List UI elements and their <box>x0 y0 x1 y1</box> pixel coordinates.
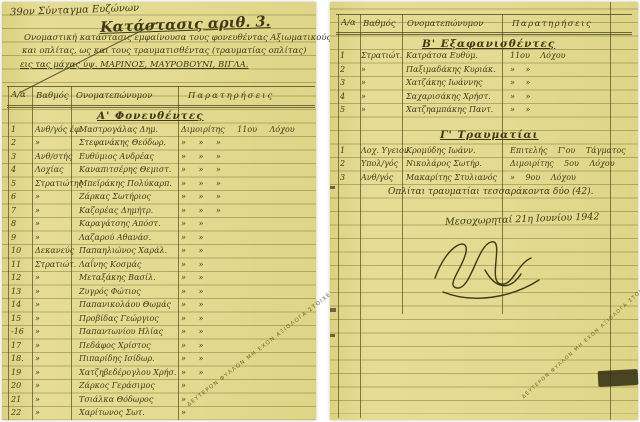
cell-rank: » <box>35 233 71 242</box>
table-row: 19»Χατζηβεδέρογλου Χρήσ.» » <box>2 367 316 381</box>
intro-line-1: Ονομαστική κατάστασις εμφαίνουσα τους φο… <box>24 33 331 43</box>
cell-name: Τσιάλκα Θόδωρος <box>79 395 177 404</box>
cell-note: » » <box>510 105 630 114</box>
cell-rank: » <box>35 273 71 282</box>
cell-name: Χατζάκης Ιωάννης <box>406 78 506 87</box>
scanned-document: 39ον Σύνταγμα Ευζώνων Κατάστασις αριθ. 3… <box>0 0 640 422</box>
table-row: 3Ανθ/γόςΜακαρίτης Στυλιανός» 9ου Λόχου <box>330 172 638 186</box>
table-row: 7»Καζορέας Δημήτρ.» » » <box>2 205 316 219</box>
cell-note: » » <box>181 273 313 282</box>
binding-mark-2 <box>330 308 336 312</box>
cell-note: 11ου Λόχου <box>510 51 630 60</box>
cell-no: 9 <box>11 233 31 242</box>
table-row: 1Ανθ/γός έφ.Μαστρογάλας Δημ.Διμοιρίτης 1… <box>2 124 316 138</box>
table-row: 2»Στεφανάκης Θεόδωρ.» » » <box>2 137 316 151</box>
cell-rank: » <box>361 92 401 101</box>
cell-name: Χατζηαμπάκης Παντ. <box>406 105 506 114</box>
casualty-rows-wounded: 1Λοχ. Υγειον.Κρομύδης Ιωάνν.Επιτελής Γ'ο… <box>330 145 638 186</box>
cell-no: 20 <box>11 381 31 390</box>
cell-rank: » <box>35 395 71 404</box>
cell-rank: » <box>35 287 71 296</box>
cell-no: 13 <box>11 287 31 296</box>
table-row: 5»Χατζηαμπάκης Παντ.» » <box>330 104 638 118</box>
cell-note: Διμοιρίτης 11ου Λόχου <box>181 125 313 134</box>
binding-mark-3 <box>330 334 335 337</box>
cell-name: Ζάρκος Γεράσιμος <box>79 381 177 390</box>
cell-name: Καναπιτσέρης Θεμιστ. <box>79 165 177 174</box>
cell-no: 22 <box>11 408 31 417</box>
left-page: 39ον Σύνταγμα Ευζώνων Κατάστασις αριθ. 3… <box>2 2 316 420</box>
cell-name: Μαστρογάλας Δημ. <box>79 125 177 134</box>
cell-rank: » <box>35 381 71 390</box>
col-header-name: Ονοματεπώνυμον <box>76 91 152 101</box>
cell-rank: Στρατιώτ. <box>361 51 401 60</box>
cell-note: » <box>181 408 313 417</box>
cell-rank: Δεκανεύς <box>35 246 71 255</box>
cell-name: Πιπαρίδης Ισίδωρ. <box>79 354 177 363</box>
cell-note: » » <box>181 219 313 228</box>
cell-no: 4 <box>11 165 31 174</box>
cell-note: » » <box>181 233 313 242</box>
cell-rank: » <box>35 314 71 323</box>
cell-note: » » » <box>181 192 313 201</box>
cell-note: » » <box>181 260 313 269</box>
table-row: 1Στρατιώτ.Κατράτσα Ευθύμ.11ου Λόχου <box>330 50 638 64</box>
cell-rank: Στρατιώτης <box>35 179 71 188</box>
cell-rank: » <box>35 368 71 377</box>
cell-note: » » » <box>181 206 313 215</box>
cell-rank: Υπολ/γός <box>361 159 401 168</box>
cell-rank: » <box>35 300 71 309</box>
cell-no: 5 <box>11 179 31 188</box>
cell-name: Παπανικολάου Θωμάς <box>79 300 177 309</box>
table-row: 8»Καραγάτσης Απόστ.» » <box>2 218 316 232</box>
cell-no: 10 <box>11 246 31 255</box>
cell-rank: » <box>35 408 71 417</box>
col-header-name: Ονοματεπώνυμον <box>407 19 483 29</box>
cell-rank: » <box>35 219 71 228</box>
cell-no: 6 <box>11 192 31 201</box>
cell-rank: » <box>361 65 401 74</box>
cell-rank: Ανθ/γός <box>361 173 401 182</box>
cell-note: » » <box>510 78 630 87</box>
cell-no: 8 <box>11 219 31 228</box>
cell-name: Μπεϊράκης Πολύκαρπ. <box>79 179 177 188</box>
cell-no: 15 <box>11 314 31 323</box>
date-line: Μεσοχωρηταί 21η Ιουνίου 1942 <box>445 211 600 227</box>
cell-name: Μεταξάκης Βασίλ. <box>79 273 177 282</box>
cell-no: 3 <box>11 152 31 161</box>
cell-rank: » <box>35 192 71 201</box>
table-row: 18.»Πιπαρίδης Ισίδωρ.» » <box>2 353 316 367</box>
cell-no: 1 <box>11 125 31 134</box>
cell-note: » » » <box>181 138 313 147</box>
col-header-rank: Βαθμός <box>363 19 396 29</box>
cell-name: Σαχαρισάκης Χρήστ. <box>406 92 506 101</box>
cell-note: Διμοιρίτης 5ου Λόχου <box>510 159 630 168</box>
binding-mark-1 <box>330 186 335 189</box>
cell-name: Ευθύμιος Ανδρέας <box>79 152 177 161</box>
table-row: 4ΛοχίαςΚαναπιτσέρης Θεμιστ.» » » <box>2 164 316 178</box>
cell-no: 1 <box>340 146 358 155</box>
cell-name: Προβίδας Γεώργιος <box>79 314 177 323</box>
cell-name: Καραγάτσης Απόστ. <box>79 219 177 228</box>
cell-rank: Λοχίας <box>35 165 71 174</box>
col-header-notes: Παρατηρήσεις <box>512 19 592 29</box>
table-row: 22»Χαρίτωνος Σωτ.» <box>2 407 316 421</box>
cell-name: Στεφανάκης Θεόδωρ. <box>79 138 177 147</box>
header-bottom-line-2 <box>336 34 632 35</box>
cell-no: 19 <box>11 368 31 377</box>
table-row: 21»Τσιάλκα Θόδωρος» <box>2 394 316 408</box>
cell-rank: Ανθ/γός έφ. <box>35 125 71 134</box>
cell-note: » » <box>181 368 313 377</box>
table-row: 10ΔεκανεύςΠαπαηλιώνος Χαράλ.» » <box>2 245 316 259</box>
intro-line-3: εις τας μάχας ύψ. ΜΑΡΙΝΟΣ, ΜΑΥΡΟΒΟΥΝΙ, Β… <box>20 60 249 70</box>
cell-no: 4 <box>340 92 358 101</box>
signature <box>425 230 555 305</box>
cell-note: » » <box>181 300 313 309</box>
cell-note: » <box>181 381 313 390</box>
cell-name: Λαζαρού Αθανάσ. <box>79 233 177 242</box>
cell-no: 3 <box>340 173 358 182</box>
section-a-title: Α' Φονευθέντες <box>97 110 204 122</box>
section-c-title: Γ' Τραυματίαι <box>440 129 539 141</box>
cell-note: » » <box>510 65 630 74</box>
table-row: 3Ανθ/στήςΕυθύμιος Ανδρέας» » » <box>2 151 316 165</box>
table-row: 9»Λαζαρού Αθανάσ.» » <box>2 232 316 246</box>
cell-name: Παξιμαδάκης Κυριάκ. <box>406 65 506 74</box>
col-header-rank: Βαθμός <box>36 91 69 101</box>
cell-no: 21 <box>11 395 31 404</box>
cell-no: 1 <box>340 51 358 60</box>
cell-note: » 9ου Λόχου <box>510 173 630 182</box>
cell-no: 2 <box>340 159 358 168</box>
col-header-aa: Α/α <box>341 18 356 28</box>
header-bottom-line <box>336 32 632 33</box>
cell-note: » » » <box>181 165 313 174</box>
cell-name: Παπαντωνίου Ηλίας <box>79 327 177 336</box>
table-row: 2Υπολ/γόςΝικολάρος Σωτήρ.Διμοιρίτης 5ου … <box>330 158 638 172</box>
cell-no: 3 <box>340 78 358 87</box>
cell-note: » » <box>181 246 313 255</box>
table-row: 1Λοχ. Υγειον.Κρομύδης Ιωάνν.Επιτελής Γ'ο… <box>330 145 638 159</box>
cell-rank: Στρατιώτ. <box>35 260 71 269</box>
cell-name: Μακαρίτης Στυλιανός <box>406 173 506 182</box>
cell-rank: » <box>35 138 71 147</box>
cell-name: Χατζηβεδέρογλου Χρήσ. <box>79 368 177 377</box>
cell-name: Ζυγρός Φώτιος <box>79 287 177 296</box>
table-row: 2»Παξιμαδάκης Κυριάκ.» » <box>330 64 638 78</box>
cell-note: » » <box>181 327 313 336</box>
cell-name: Χαρίτωνος Σωτ. <box>79 408 177 417</box>
table-row: 5ΣτρατιώτηςΜπεϊράκης Πολύκαρπ.» » » <box>2 178 316 192</box>
table-row: 20»Ζάρκος Γεράσιμος» <box>2 380 316 394</box>
cell-name: Καζορέας Δημήτρ. <box>79 206 177 215</box>
table-row: 4»Σαχαρισάκης Χρήστ.» » <box>330 91 638 105</box>
cell-name: Κατράτσα Ευθύμ. <box>406 51 506 60</box>
cell-name: Ζάρκας Σωτήριος <box>79 192 177 201</box>
cell-rank: Λοχ. Υγειον. <box>361 146 401 155</box>
cell-note: » » <box>181 341 313 350</box>
totals-line: Οπλίται τραυματίαι τεσσαράκοντα δύο (42)… <box>388 187 593 197</box>
cell-no: -16 <box>11 327 31 336</box>
table-row: 3»Χατζάκης Ιωάννης» » <box>330 77 638 91</box>
cell-note: » » <box>510 92 630 101</box>
table-row: 13»Ζυγρός Φώτιος» » <box>2 286 316 300</box>
cell-name: Πεδάφος Χρίστος <box>79 341 177 350</box>
cell-no: 5 <box>340 105 358 114</box>
cell-note: Επιτελής Γ'ου Τάγματος <box>510 146 630 155</box>
cell-note: » » <box>181 287 313 296</box>
right-page: Α/α Βαθμός Ονοματεπώνυμον Παρατηρήσεις Β… <box>330 2 638 420</box>
cell-no: 14 <box>11 300 31 309</box>
table-top-line <box>7 86 315 87</box>
cell-no: 17 <box>11 341 31 350</box>
table-row: 6»Ζάρκας Σωτήριος» » » <box>2 191 316 205</box>
col-header-aa: Α/α <box>11 90 26 100</box>
cell-rank: » <box>35 354 71 363</box>
unit-header: 39ον Σύνταγμα Ευζώνων <box>10 3 140 19</box>
cell-rank: » <box>361 78 401 87</box>
cell-note: » » » <box>181 152 313 161</box>
cell-note: » » » <box>181 179 313 188</box>
intro-line-2: και οπλίτας, ως και τους τραυματισθέντας… <box>22 46 306 56</box>
cell-name: Λαΐνης Κοσμάς <box>79 260 177 269</box>
cell-name: Νικολάρος Σωτήρ. <box>406 159 506 168</box>
header-bottom-line <box>7 105 315 106</box>
casualty-rows-missing: 1Στρατιώτ.Κατράτσα Ευθύμ.11ου Λόχου2»Παξ… <box>330 50 638 118</box>
cell-no: 18. <box>11 354 31 363</box>
table-row: 15»Προβίδας Γεώργιος» » <box>2 313 316 327</box>
table-row: 12»Μεταξάκης Βασίλ.» » <box>2 272 316 286</box>
cell-no: 2 <box>11 138 31 147</box>
cell-rank: » <box>35 341 71 350</box>
table-row: 11Στρατιώτ.Λαΐνης Κοσμάς» » <box>2 259 316 273</box>
section-b-title: Β' Εξαφανισθέντες <box>422 38 555 50</box>
cell-rank: » <box>35 206 71 215</box>
ink-mark-bottom-right <box>598 369 639 387</box>
casualty-rows-killed: 1Ανθ/γός έφ.Μαστρογάλας Δημ.Διμοιρίτης 1… <box>2 124 316 421</box>
table-top-line <box>336 14 632 15</box>
cell-rank: » <box>35 327 71 336</box>
cell-no: 2 <box>340 65 358 74</box>
cell-rank: » <box>361 105 401 114</box>
cell-rank: Ανθ/στής <box>35 152 71 161</box>
cell-no: 7 <box>11 206 31 215</box>
cell-name: Κρομύδης Ιωάνν. <box>406 146 506 155</box>
col-header-notes: Παρατηρήσεις <box>188 91 274 101</box>
header-bottom-line-2 <box>7 107 315 108</box>
cell-no: 11 <box>11 260 31 269</box>
table-row: 14»Παπανικολάου Θωμάς» » <box>2 299 316 313</box>
cell-no: 12 <box>11 273 31 282</box>
cell-name: Παπαηλιώνος Χαράλ. <box>79 246 177 255</box>
